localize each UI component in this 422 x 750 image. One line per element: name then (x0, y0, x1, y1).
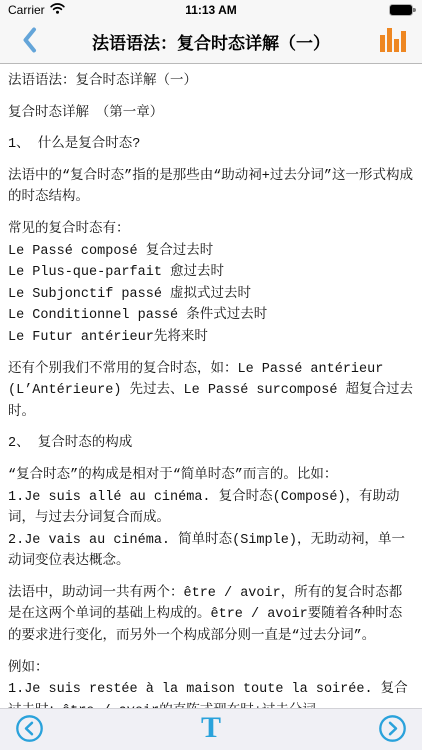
battery-icon (390, 5, 412, 16)
bottom-toolbar: T (0, 708, 422, 750)
status-left: Carrier (0, 3, 65, 17)
paragraph: 法语中的“复合时态”指的是那些由“助动祠+过去分词”这一形式构成的时态结构。 (8, 166, 414, 209)
statistics-button[interactable] (376, 20, 422, 64)
bar-chart-icon (380, 28, 406, 55)
chapter-line: 复合时态详解 （第一章） (8, 103, 414, 125)
app-window: Carrier 11:13 AM 法语语法：复合时态详解（一） (0, 0, 422, 750)
paragraph: “复合时态”的构成是相对于“简单时态”而言的。比如： 1.Je suis all… (8, 465, 414, 573)
circle-chevron-left-icon (15, 714, 44, 746)
tense-list: 常见的复合时态有： Le Passé composé 复合过去时 Le Plus… (8, 219, 414, 349)
status-bar: Carrier 11:13 AM (0, 0, 422, 20)
back-button[interactable] (0, 20, 44, 64)
paragraph: 例如： 1.Je suis restée à la maison toute l… (8, 658, 414, 708)
next-article-button[interactable] (378, 714, 407, 746)
page-title: 法语语法：复合时态详解（一） (48, 29, 374, 54)
article-title-line: 法语语法：复合时态详解（一） (8, 71, 414, 93)
status-right (390, 5, 422, 16)
section-1-heading: 1、 什么是复合时态? (8, 134, 414, 156)
back-chevron-icon (22, 27, 37, 56)
article-content[interactable]: 法语语法：复合时态详解（一） 复合时态详解 （第一章） 1、 什么是复合时态? … (0, 64, 422, 708)
paragraph: 还有个别我们不常用的复合时态，如：Le Passé antérieur (L’A… (8, 359, 414, 424)
section-2-heading: 2、 复合时态的构成 (8, 433, 414, 455)
carrier-label: Carrier (8, 3, 45, 17)
navigation-bar: 法语语法：复合时态详解（一） (0, 20, 422, 64)
text-size-button[interactable]: T (201, 713, 221, 746)
circle-chevron-right-icon (378, 714, 407, 746)
paragraph: 法语中，助动词一共有两个：être / avoir，所有的复合时态都是在这两个单… (8, 583, 414, 648)
previous-article-button[interactable] (15, 714, 44, 746)
wifi-icon (50, 3, 65, 17)
